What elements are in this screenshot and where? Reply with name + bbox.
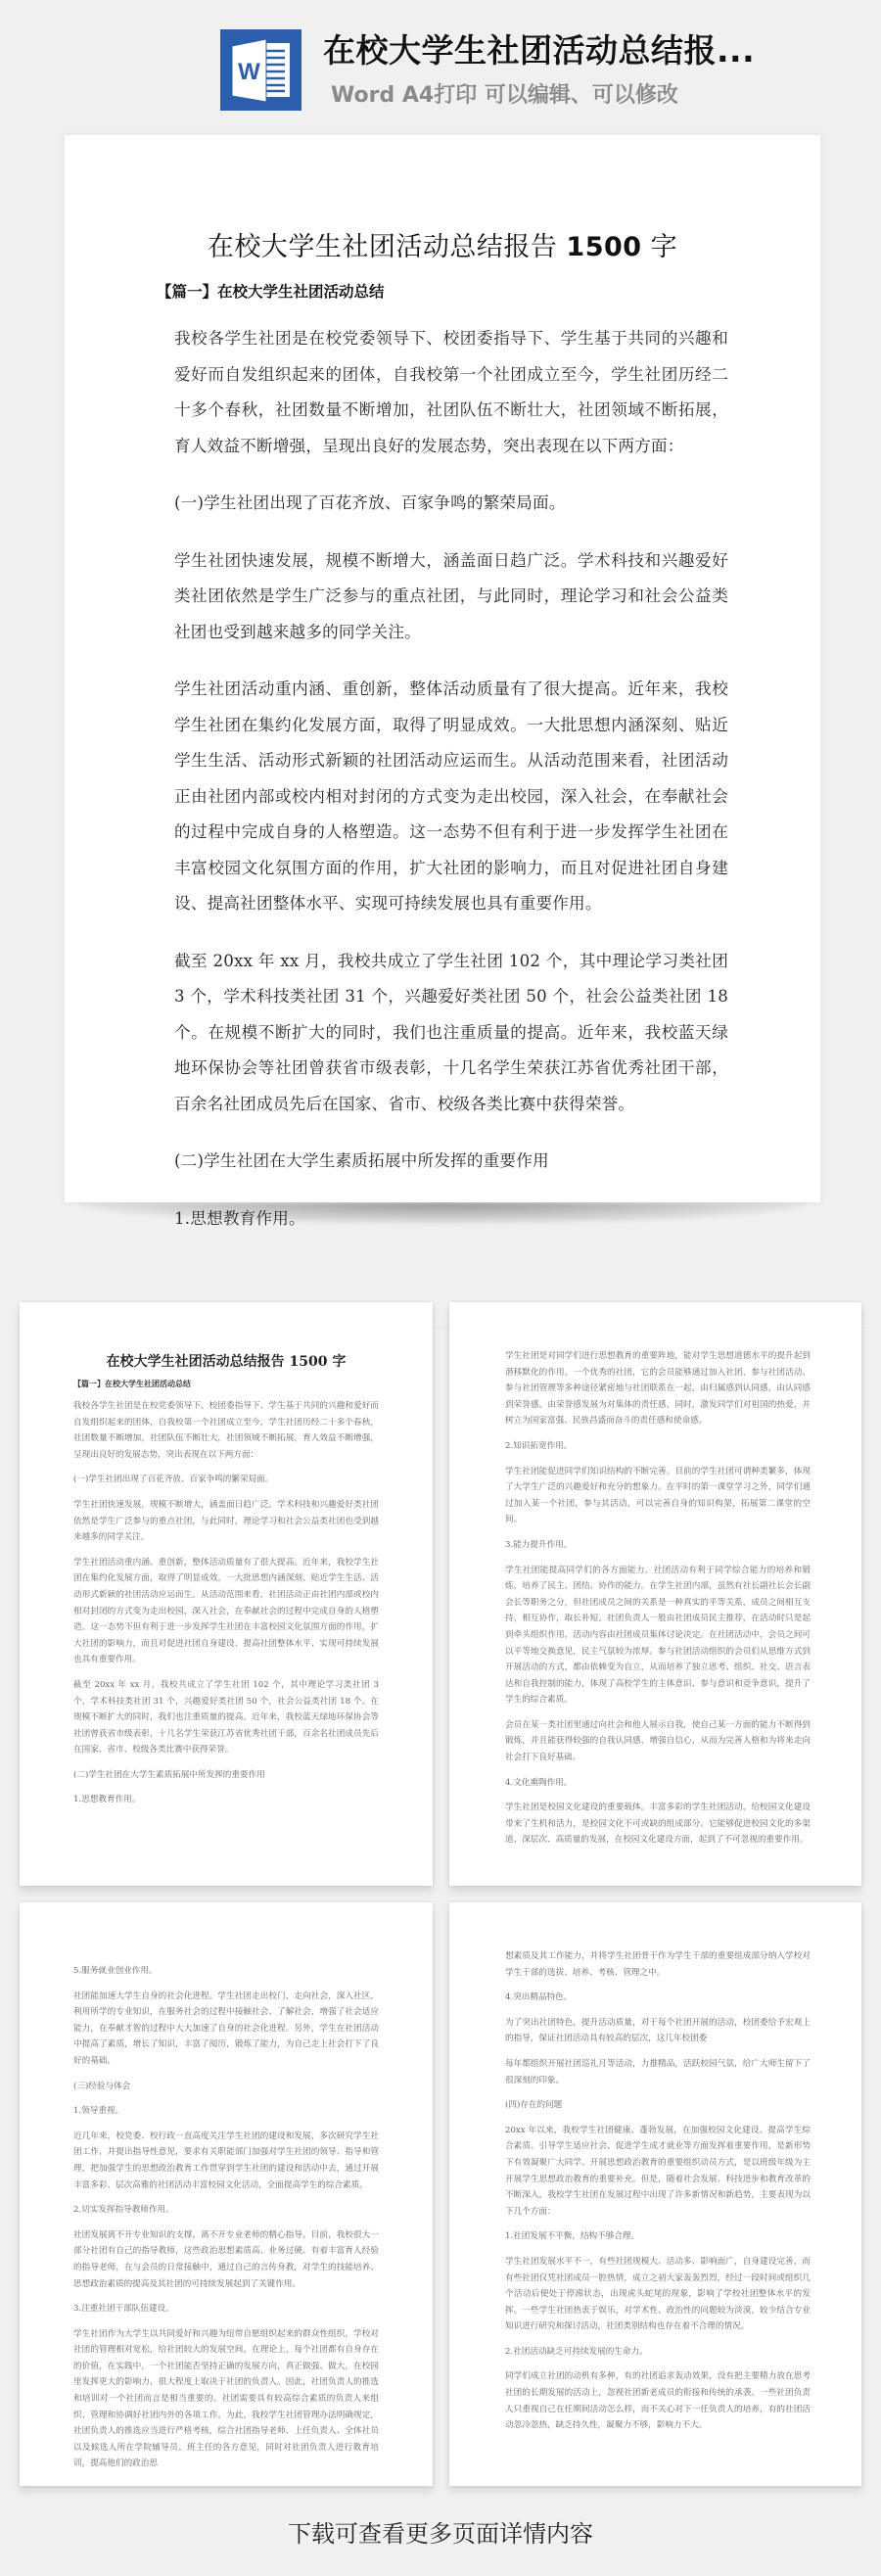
header-banner: W 在校大学生社团活动总结报... Word A4打印 可以编辑、可以修改: [0, 0, 881, 127]
main-page-preview: 在校大学生社团活动总结报告 1500 字 【篇一】在校大学生社团活动总结 我校各…: [65, 135, 820, 1202]
thumb-paragraph: (一)学生社团出现了百花齐放、百家争鸣的繁荣局面。: [73, 1472, 379, 1488]
thumb-paragraph: 学生社团是校园文化建设的重要载体。丰富多彩的学生社团活动，给校园文化建设带来了生…: [505, 1800, 811, 1849]
thumb-paragraph: 3.能力提升作用。: [505, 1537, 811, 1554]
thumb-title: 在校大学生社团活动总结报告 1500 字: [20, 1351, 433, 1371]
thumb-paragraph: 2.知识拓宽作用。: [505, 1438, 811, 1455]
thumb-paragraph: 学生社团活动重内涵、重创新，整体活动质量有了很大提高。近年来，我校学生社团在集约…: [73, 1555, 379, 1668]
thumb-paragraph: 1.领导重视。: [73, 2103, 379, 2120]
doc-title-text: 在校大学生社团活动总结报告: [208, 232, 567, 262]
subheading: (二)学生社团在大学生素质拓展中所发挥的重要作用: [174, 1144, 728, 1180]
paragraph: 学生社团活动重内涵、重创新，整体活动质量有了很大提高。近年来，我校学生社团在集约…: [174, 672, 728, 922]
thumb-paragraph: 我校各学生社团是在校党委领导下、校团委指导下、学生基于共同的兴趣和爱好而自发组织…: [73, 1398, 379, 1463]
thumb-paragraph: 学生社团快速发展，规模不断增大，涵盖面日趋广泛。学术科技和兴趣爱好类社团依然是学…: [73, 1497, 379, 1546]
page-thumbnail-2[interactable]: 学生社团是对同学们进行思想教育的重要阵地，能对学生思想道德水平的提升起到潜移默化…: [449, 1302, 861, 1886]
svg-text:W: W: [238, 59, 260, 85]
thumb-paragraph: 社团能加速大学生自身的社会化进程。学生社团走出校门，走向社会，深入社区，利用所学…: [73, 1989, 379, 2070]
thumb-paragraph: 3.注重社团干部队伍建设。: [73, 2301, 379, 2318]
word-document-icon: W: [220, 29, 301, 111]
thumb-paragraph: 2.社团活动缺乏可持续发展的生命力。: [505, 2344, 811, 2361]
thumb-body: 我校各学生社团是在校党委领导下、校团委指导下、学生基于共同的兴趣和爱好而自发组织…: [73, 1398, 379, 1817]
thumb-paragraph: 学生社团发展水平不一，有些社团规模大、活动多、影响面广，自身建设完善，而有些社团…: [505, 2254, 811, 2335]
doc-title-number: 1500: [566, 232, 641, 262]
thumb-paragraph: 4.文化熏陶作用。: [505, 1775, 811, 1792]
thumb-paragraph: 学生社团作为大学生以共同爱好和兴趣为纽带自愿组织起来的群众性组织，学校对社团的管…: [73, 2326, 379, 2472]
thumb-paragraph: 会员在某一类社团里通过向社会和他人展示自我，使自己某一方面的能力不断得到锻炼，并…: [505, 1717, 811, 1766]
thumb-paragraph: 学生社团是对同学们进行思想教育的重要阵地，能对学生思想道德水平的提升起到潜移默化…: [505, 1348, 811, 1429]
thumb-paragraph: 社团发展离不开专业知识的支撑，离不开专业老师的精心指导。目前，我校很大一部分社团…: [73, 2227, 379, 2292]
subheading: (一)学生社团出现了百花齐放、百家争鸣的繁荣局面。: [174, 486, 728, 522]
thumb-body: 想素质及其工作能力，并将学生社团骨干作为学生干部的重要组成部分纳入学校对学生干部…: [505, 1948, 811, 2443]
document-title: 在校大学生社团活动总结报...: [323, 25, 755, 71]
thumb-paragraph: 为了突出社团特色，提升活动质量，对于每个社团开展的活动，校团委给予宏观上的指导，…: [505, 2015, 811, 2047]
document-subtitle: Word A4打印 可以编辑、可以修改: [331, 78, 678, 109]
paragraph: 我校各学生社团是在校党委领导下、校团委指导下、学生基于共同的兴趣和爱好而自发组织…: [174, 321, 728, 464]
doc-title-suffix: 字: [642, 232, 678, 262]
page-thumbnail-4[interactable]: 想素质及其工作能力，并将学生社团骨干作为学生干部的重要组成部分纳入学校对学生干部…: [449, 1902, 861, 2486]
thumb-paragraph: 每年都组织开展社团巡礼月等活动，力推精品，活跃校园气氛，给广大师生留下了很深刻的…: [505, 2056, 811, 2088]
doc-title: 在校大学生社团活动总结报告 1500 字: [65, 225, 820, 263]
doc-section-heading: 【篇一】在校大学生社团活动总结: [157, 280, 385, 302]
thumb-paragraph: 截至 20xx 年 xx 月，我校共成立了学生社团 102 个，其中理论学习类社…: [73, 1677, 379, 1758]
subheading: 1.思想教育作用。: [174, 1201, 728, 1238]
thumb-paragraph: 1.思想教育作用。: [73, 1792, 379, 1808]
thumb-section: 【篇一】在校大学生社团活动总结: [73, 1379, 191, 1389]
thumb-paragraph: 想素质及其工作能力，并将学生社团骨干作为学生干部的重要组成部分纳入学校对学生干部…: [505, 1948, 811, 1981]
thumb-paragraph: 1.社团发展不平衡，结构不够合理。: [505, 2228, 811, 2245]
page-thumbnail-3[interactable]: 5.服务就业创业作用。 社团能加速大学生自身的社会化进程。学生社团走出校门，走向…: [20, 1902, 433, 2486]
thumb-paragraph: 20xx 年以来，我校学生社团健康、蓬勃发展，在加强校园文化建设、提高学生综合素…: [505, 2123, 811, 2221]
thumb-paragraph: 学生社团能促进同学们知识结构的不断完善。目前的学生社团可谓种类繁多，体现了大学生…: [505, 1464, 811, 1528]
download-more-link[interactable]: 下载可查看更多页面详情内容: [0, 2514, 881, 2549]
doc-body: 我校各学生社团是在校党委领导下、校团委指导下、学生基于共同的兴趣和爱好而自发组织…: [174, 321, 728, 1258]
thumb-paragraph: (二)学生社团在大学生素质拓展中所发挥的重要作用: [73, 1767, 379, 1784]
thumb-paragraph: (四)存在的问题: [505, 2097, 811, 2114]
paragraph: 截至 20xx 年 xx 月，我校共成立了学生社团 102 个，其中理论学习类社…: [174, 944, 728, 1123]
thumb-paragraph: (三)经验与体会: [73, 2079, 379, 2095]
thumb-paragraph: 2.切实发挥指导教师作用。: [73, 2202, 379, 2219]
thumb-paragraph: 同学们成立社团的动机有多种，有的社团追求轰动效果，没有把主要精力放在思考社团的长…: [505, 2368, 811, 2433]
thumb-body: 学生社团是对同学们进行思想教育的重要阵地，能对学生思想道德水平的提升起到潜移默化…: [505, 1348, 811, 1857]
thumb-paragraph: 5.服务就业创业作用。: [73, 1963, 379, 1980]
thumb-paragraph: 4.突出精品特色。: [505, 1990, 811, 2006]
paragraph: 学生社团快速发展，规模不断增大，涵盖面日趋广泛。学术科技和兴趣爱好类社团依然是学…: [174, 543, 728, 651]
page-thumbnail-1[interactable]: 在校大学生社团活动总结报告 1500 字 【篇一】在校大学生社团活动总结 我校各…: [20, 1302, 433, 1886]
thumb-paragraph: 近几年来，校党委、校行政一直高度关注学生社团的建设和发展，多次研究学生社团工作，…: [73, 2129, 379, 2193]
thumb-paragraph: 学生社团能提高同学们的各方面能力。社团活动有利于同学综合能力的培养和锻炼，培养了…: [505, 1563, 811, 1709]
thumb-body: 5.服务就业创业作用。 社团能加速大学生自身的社会化进程。学生社团走出校门，走向…: [73, 1963, 379, 2481]
